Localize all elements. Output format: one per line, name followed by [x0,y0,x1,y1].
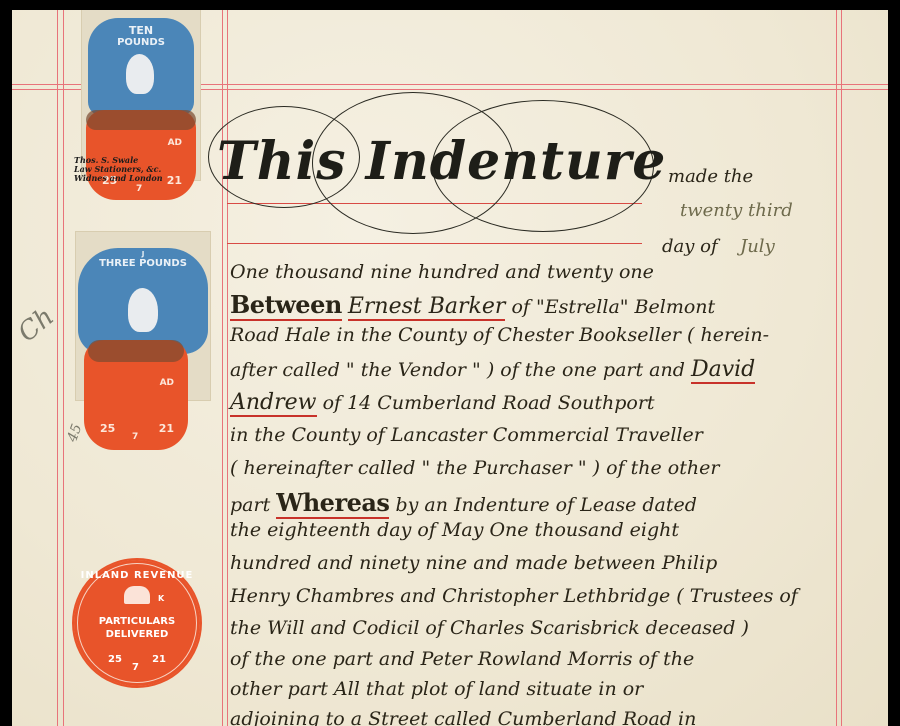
overprint-cancel [86,110,196,130]
seal-letter: K [158,594,164,603]
margin-rule [836,10,837,726]
body-line: the eighteenth day of May One thousand e… [230,519,679,541]
between-keyword: Between [230,290,342,321]
stamp-letter: J [78,250,208,258]
portrait-icon [128,288,158,332]
seal-year: 21 [152,654,166,665]
pencil-note: Ch [13,302,60,349]
stamp-ad: AD [160,378,174,388]
stamp-denomination-bottom: POUNDS [88,37,194,48]
day-of: day of [662,236,718,257]
stamp-denomination-top: TEN [88,24,194,37]
seal-line1: PARTICULARS [74,616,200,627]
stamp-denomination: THREE POUNDS [78,258,208,269]
document-title: This Indenture [217,132,666,192]
seal-month: 7 [132,662,139,673]
stamp-year: 21 [167,174,182,187]
made-the: made the [668,166,753,187]
date-month: July [740,236,775,257]
stamp-year: 21 [159,422,174,435]
whereas-keyword: Whereas [276,488,389,519]
body-line: of the one part and Peter Rowland Morris… [230,648,694,670]
margin-rule [63,10,64,726]
body-line: other part All that plot of land situate… [230,678,643,700]
margin-rule [227,10,228,726]
title-rule [227,243,642,244]
body-line: Henry Chambres and Christopher Lethbridg… [230,585,798,607]
body-line: Andrew of 14 Cumberland Road Southport [230,390,655,415]
body-line: ( hereinafter called " the Purchaser " )… [230,457,719,479]
seal-day: 25 [108,654,122,665]
purchaser-first-name: David [691,357,755,384]
stamp-ad: AD [168,138,182,148]
portrait-icon [126,54,154,94]
vendor-name: Ernest Barker [348,294,506,321]
margin-rule [222,10,223,726]
margin-rule [57,10,58,726]
stamp-day: 25 [100,422,115,435]
date-day: twenty third [680,200,793,221]
inland-revenue-seal: INLAND REVENUE K PARTICULARS DELIVERED 2… [72,558,202,688]
seal-line2: DELIVERED [74,629,200,640]
body-line: Road Hale in the County of Chester Books… [230,324,769,346]
body-line: part Whereas by an Indenture of Lease da… [230,488,697,517]
body-line: One thousand nine hundred and twenty one [230,261,654,283]
purchaser-surname: Andrew [230,390,317,417]
stamp-month: 7 [136,184,142,194]
three-pounds-stamp: J THREE POUNDS AD 25 7 21 [74,232,214,452]
stamp-month: 7 [132,432,138,442]
body-line: Between Ernest Barker of "Estrella" Belm… [230,290,715,319]
margin-rule [841,10,842,726]
body-line: the Will and Codicil of Charles Scarisbr… [230,617,749,639]
ten-pounds-stamp: TEN POUNDS AD 25 7 21 Thos. S. Swale Law… [74,10,208,200]
body-line: after called " the Vendor " ) of the one… [230,357,755,382]
crown-icon [124,586,150,604]
stationer-imprint: Thos. S. Swale Law Stationers, &c. Widne… [74,156,163,183]
overprint-cancel [88,340,184,362]
body-line: in the County of Lancaster Commercial Tr… [230,424,703,446]
indenture-page: TEN POUNDS AD 25 7 21 Thos. S. Swale Law… [12,10,888,726]
body-line: adjoining to a Street called Cumberland … [230,708,696,726]
seal-arc-text: INLAND REVENUE [74,570,200,581]
body-line: hundred and ninety nine and made between… [230,552,717,574]
